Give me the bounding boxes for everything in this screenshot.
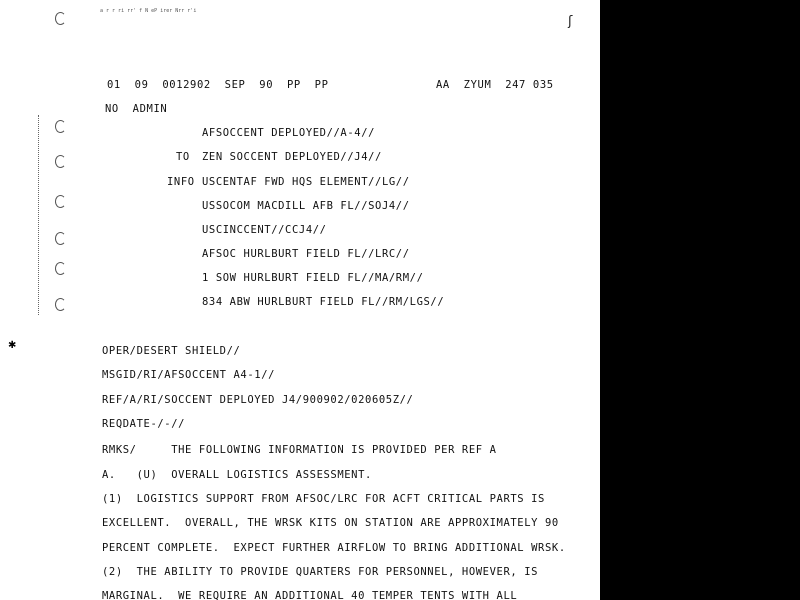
header-line-left: 01 09 0012902 SEP 90 PP PP (107, 79, 329, 91)
body-line: A. (U) OVERALL LOGISTICS ASSESSMENT. (102, 469, 372, 481)
body-line: EXCELLENT. OVERALL, THE WRSK KITS ON STA… (102, 517, 559, 529)
punch-hole-icon (55, 195, 66, 208)
msgid-field: MSGID/RI/AFSOCCENT A4-1// (102, 369, 275, 381)
info-address: AFSOC HURLBURT FIELD FL//LRC// (202, 248, 410, 260)
info-address: USCENTAF FWD HQS ELEMENT//LG// (202, 176, 410, 188)
oper-field: OPER/DESERT SHIELD// (102, 345, 240, 357)
punch-hole-icon (55, 120, 66, 133)
reqdate-field: REQDATE-/-// (102, 418, 185, 430)
body-line: (2) THE ABILITY TO PROVIDE QUARTERS FOR … (102, 566, 538, 578)
ref-field: REF/A/RI/SOCCENT DEPLOYED J4/900902/0206… (102, 394, 413, 406)
asterisk-mark-icon: ✱ (8, 340, 16, 351)
info-address: USSOCOM MACDILL AFB FL//SOJ4// (202, 200, 410, 212)
punch-hole-icon (55, 232, 66, 245)
admin-line: NO ADMIN (105, 103, 167, 115)
punch-hole-icon (55, 155, 66, 168)
from-address: AFSOCCENT DEPLOYED//A-4// (202, 127, 375, 139)
body-line: (1) LOGISTICS SUPPORT FROM AFSOC/LRC FOR… (102, 493, 545, 505)
header-noise: a r r ri rr' f N eP irer Nrr r'i (100, 8, 196, 14)
body-line: MARGINAL. WE REQUIRE AN ADDITIONAL 40 TE… (102, 590, 517, 600)
punch-hole-icon (55, 262, 66, 275)
info-label: INFO (167, 176, 195, 188)
perforation-edge (38, 115, 39, 315)
punch-hole-icon (55, 298, 66, 311)
header-line-right: AA ZYUM 247 035 (436, 79, 554, 91)
body-line: RMKS/ THE FOLLOWING INFORMATION IS PROVI… (102, 444, 497, 456)
info-address: 834 ABW HURLBURT FIELD FL//RM/LGS// (202, 296, 444, 308)
punch-hole-icon (55, 12, 66, 25)
to-address: ZEN SOCCENT DEPLOYED//J4// (202, 151, 382, 163)
to-label: TO (176, 151, 190, 163)
body-line: PERCENT COMPLETE. EXPECT FURTHER AIRFLOW… (102, 542, 566, 554)
info-address: USCINCCENT//CCJ4// (202, 224, 327, 236)
scanned-message-page: ✱ ʃ a r r ri rr' f N eP irer Nrr r'i 01 … (0, 0, 600, 600)
pen-mark-icon: ʃ (568, 14, 572, 29)
info-address: 1 SOW HURLBURT FIELD FL//MA/RM// (202, 272, 424, 284)
black-margin (600, 0, 800, 600)
